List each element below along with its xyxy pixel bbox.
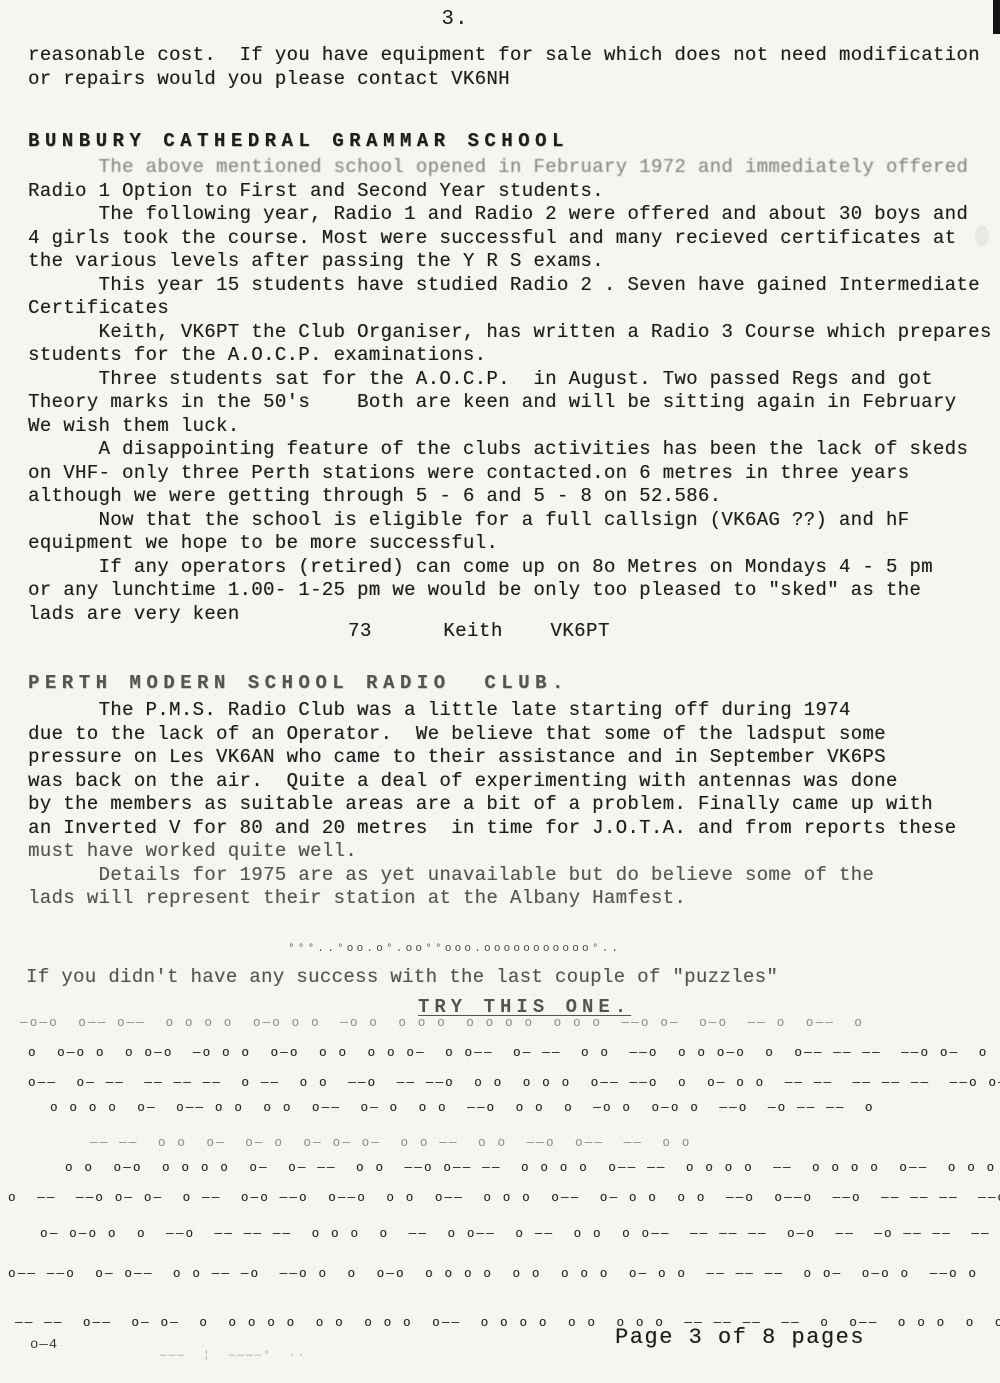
body-line: students for the A.O.C.P. examinations.	[28, 344, 992, 368]
body-line: This year 15 students have studied Radio…	[28, 274, 992, 298]
section-heading-bunbury: BUNBURY CATHEDRAL GRAMMAR SCHOOL	[28, 130, 569, 152]
body-line: or repairs would you please contact VK6N…	[28, 68, 980, 92]
intro-paragraph: reasonable cost. If you have equipment f…	[28, 44, 980, 91]
body-line: Keith, VK6PT the Club Organiser, has wri…	[28, 321, 992, 345]
bunbury-section-body: The above mentioned school opened in Feb…	[28, 156, 992, 626]
morse-line: o —— ——o o— o— o —— o—o ——o o——o o o o——…	[8, 1191, 1000, 1205]
body-line: 4 girls took the course. Most were succe…	[28, 227, 992, 251]
body-line: Details for 1975 are as yet unavailable …	[28, 864, 956, 888]
morse-line: —o—o o—— o—— o o o o o—o o o —o o o o o …	[20, 1016, 864, 1030]
body-line: lads will represent their station at the…	[28, 887, 956, 911]
signoff-line: 73 Keith VK6PT	[348, 620, 610, 642]
body-line: Three students sat for the A.O.C.P. in A…	[28, 368, 992, 392]
morse-line: o o—o o o o—o —o o o o—o o o o o o— o o—…	[28, 1046, 988, 1060]
body-line: The following year, Radio 1 and Radio 2 …	[28, 203, 992, 227]
body-line: was back on the air. Quite a deal of exp…	[28, 770, 956, 794]
page-footer: Page 3 of 8 pages	[615, 1325, 865, 1350]
body-line: or any lunchtime 1.00- 1-25 pm we would …	[28, 579, 992, 603]
scan-edge-artifact	[993, 0, 1000, 34]
footer-left-mark: o—4	[30, 1337, 58, 1353]
scanned-document-page: 3. reasonable cost. If you have equipmen…	[0, 0, 1000, 1383]
body-line: We wish them luck.	[28, 415, 992, 439]
body-line: must have worked quite well.	[28, 840, 956, 864]
body-line: the various levels after passing the Y R…	[28, 250, 992, 274]
body-line: equipment we hope to be more successful.	[28, 532, 992, 556]
body-line: although we were getting through 5 - 6 a…	[28, 485, 992, 509]
morse-line: o—— o— —— —— —— —— o —— o o ——o —— ——o o…	[28, 1076, 1000, 1090]
puzzle-title: TRY THIS ONE.	[418, 996, 631, 1018]
body-line: reasonable cost. If you have equipment f…	[28, 44, 980, 68]
body-line: pressure on Les VK6AN who came to their …	[28, 746, 956, 770]
body-line: due to the lack of an Operator. We belie…	[28, 723, 956, 747]
morse-line: —— —— o o o— o— o o— o— o— o o —— o o ——…	[90, 1136, 691, 1150]
body-line: Now that the school is eligible for a fu…	[28, 509, 992, 533]
body-line: If any operators (retired) can come up o…	[28, 556, 992, 580]
morse-line: o o o—o o o o o o— o— —— o o ——o o—— —— …	[65, 1161, 1000, 1175]
section-heading-pms: PERTH MODERN SCHOOL RADIO CLUB.	[28, 672, 569, 694]
body-line: by the members as suitable areas are a b…	[28, 793, 956, 817]
morse-line: o—— ——o o— o—— o o —— —o ——o o o o—o o o…	[8, 1267, 978, 1281]
dots-divider: °°°..°oo.o°.oo°°ooo.ooooooooooo°..	[288, 943, 621, 955]
pms-section-body: The P.M.S. Radio Club was a little late …	[28, 699, 956, 911]
puzzle-intro: If you didn't have any success with the …	[26, 966, 778, 990]
body-line: The above mentioned school opened in Feb…	[28, 156, 992, 180]
body-line: Theory marks in the 50's Both are keen a…	[28, 391, 992, 415]
page-number: 3.	[380, 8, 530, 31]
morse-line: o o o o o— o—— o o o o o—— o— o o o ——o …	[50, 1101, 875, 1115]
body-line: on VHF- only three Perth stations were c…	[28, 462, 992, 486]
morse-line: o— o—o o o ——o —— —— —— o o o o —— o o——…	[40, 1227, 991, 1241]
body-line: an Inverted V for 80 and 20 metres in ti…	[28, 817, 956, 841]
body-line: Certificates	[28, 297, 992, 321]
body-line: The P.M.S. Radio Club was a little late …	[28, 699, 956, 723]
body-line: Radio 1 Option to First and Second Year …	[28, 180, 992, 204]
body-line: A disappointing feature of the clubs act…	[28, 438, 992, 462]
footer-scribble: ——— ¦ ————° ··	[160, 1350, 306, 1362]
